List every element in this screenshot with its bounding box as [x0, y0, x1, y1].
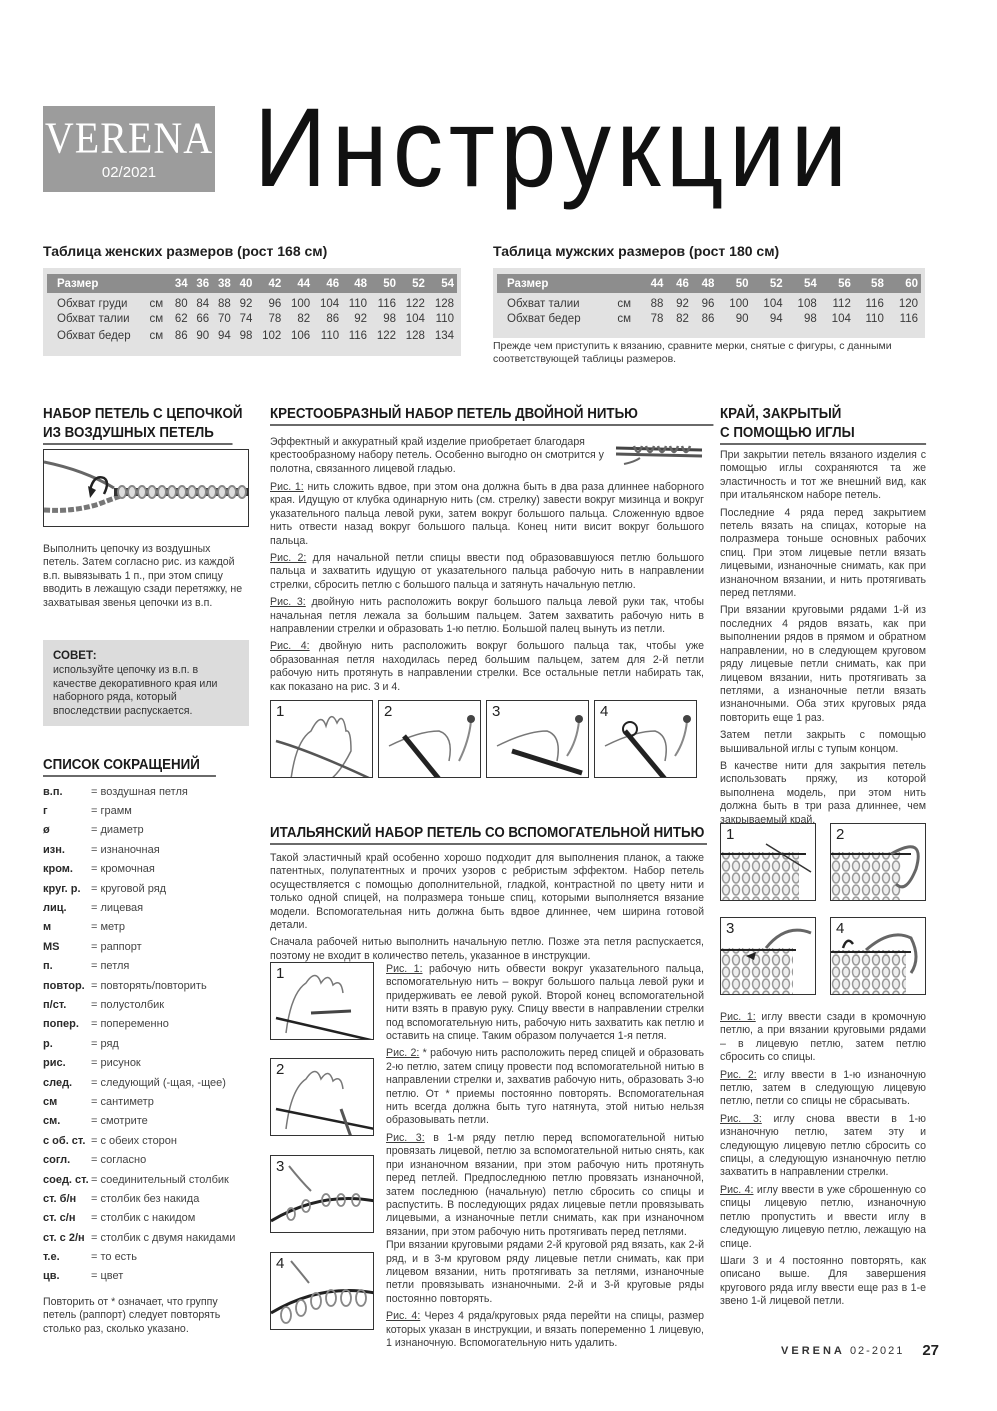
table-row: Обхват бедер см 86 90 94 98 102 106 110 … — [47, 327, 457, 344]
abbreviation-meaning: = цвет — [91, 1270, 123, 1282]
figure-number: 3 — [726, 920, 734, 937]
bind-off-figure-1: 1 — [720, 823, 816, 901]
needle-with-loops-icon — [271, 1156, 374, 1233]
header-label: Размер — [47, 274, 169, 293]
table-header-row: Размер 34 36 38 40 42 44 46 48 50 52 54 — [47, 274, 457, 293]
abbreviation-key: т.е. — [43, 1251, 91, 1263]
step-paragraph: При вязании круговыми рядами 2-й кругово… — [386, 1239, 704, 1306]
logo-issue: 02/2021 — [43, 164, 215, 181]
abbreviation-key: см — [43, 1096, 91, 1108]
size-cell: 46 — [313, 274, 342, 293]
abbreviation-key: п. — [43, 960, 91, 972]
abbreviation-key: цв. — [43, 1270, 91, 1282]
value-cell: 110 — [342, 293, 370, 310]
value-cell: 98 — [234, 327, 256, 344]
value-cell: 116 — [854, 293, 887, 310]
figure-number: 1 — [726, 826, 734, 843]
figure-ref: Рис. 4: — [386, 1310, 420, 1322]
footer-publication: VERENA 02-2021 — [781, 1345, 904, 1357]
abbreviation-row: р.= ряд — [43, 1034, 258, 1053]
abbreviation-row: ст. с/н= столбик с накидом — [43, 1209, 258, 1228]
chain-stitch-icon — [44, 450, 249, 527]
paragraph: При вязании круговыми рядами 1-й из посл… — [720, 604, 926, 725]
abbreviation-row: т.е.= то есть — [43, 1247, 258, 1266]
cross-figure-3: 3 — [486, 700, 589, 778]
abbreviation-meaning: = повторять/повторить — [91, 980, 207, 992]
abbreviation-key: ст. с 2/н — [43, 1232, 91, 1244]
value-cell: 98 — [786, 310, 820, 327]
page-number: 27 — [922, 1342, 939, 1359]
value-cell: 110 — [428, 310, 457, 327]
abbreviation-meaning: = грамм — [91, 805, 132, 817]
bind-off-figure-2: 2 — [830, 823, 926, 901]
bind-off-steps: Рис. 1: иглу ввести сзади в кромочную пе… — [720, 1011, 926, 1313]
size-cell: 56 — [820, 274, 854, 293]
italian-figure-2: 2 — [270, 1058, 374, 1136]
abbreviation-row: рис.= рисунок — [43, 1053, 258, 1072]
value-cell: 94 — [212, 327, 234, 344]
figure-ref: Рис. 2: — [270, 552, 306, 564]
value-cell: 122 — [399, 293, 428, 310]
figure-ref: Рис. 3: — [270, 596, 306, 608]
chain-illustration — [43, 449, 249, 527]
step-text: рабочую нить обвести вокруг указательног… — [386, 963, 704, 1042]
row-label: Обхват талии — [497, 293, 614, 310]
abbreviation-meaning: = попеременно — [91, 1018, 169, 1030]
step-paragraph: Рис. 1: нить сложить вдвое, при этом она… — [270, 481, 704, 548]
abbreviation-key: MS — [43, 941, 91, 953]
value-cell: 92 — [342, 310, 370, 327]
table-row: Обхват талии см 62 66 70 74 78 82 86 92 … — [47, 310, 457, 327]
abbreviation-meaning: = столбик без накида — [91, 1193, 199, 1205]
abbreviation-row: г= грамм — [43, 801, 258, 820]
section-heading: С ПОМОЩЬЮ ИГЛЫ — [720, 424, 926, 445]
women-size-table: Размер 34 36 38 40 42 44 46 48 50 52 54 … — [43, 268, 461, 356]
value-cell: 128 — [428, 293, 457, 310]
abbreviation-key: повтор. — [43, 980, 91, 992]
step-text: Шаги 3 и 4 постоянно повторять, как опис… — [720, 1255, 926, 1307]
paragraph: Последние 4 ряда перед закрытием петель … — [720, 507, 926, 601]
step-text: * рабочую нить расположить перед спицей … — [386, 1047, 704, 1126]
abbreviation-row: соед. ст.= соединительный столбик — [43, 1170, 258, 1189]
abbreviation-meaning: = изнаночная — [91, 844, 160, 856]
step-text: При вязании круговыми рядами 2-й кругово… — [386, 1239, 704, 1305]
abbreviation-meaning: = круговой ряд — [91, 883, 166, 895]
abbreviation-key: соед. ст. — [43, 1174, 91, 1186]
row-unit: см — [146, 327, 169, 344]
value-cell: 66 — [191, 310, 213, 327]
size-cell: 36 — [191, 274, 213, 293]
cross-figure-4: 4 — [594, 700, 697, 778]
cross-cast-on-section: КРЕСТООБРАЗНЫЙ НАБОР ПЕТЕЛЬ ДВОЙНОЙ НИТЬ… — [270, 405, 704, 426]
section-heading: КРЕСТООБРАЗНЫЙ НАБОР ПЕТЕЛЬ ДВОЙНОЙ НИТЬ… — [270, 405, 713, 426]
abbreviation-key: след. — [43, 1077, 91, 1089]
intro-paragraph: Такой эластичный край особенно хорошо по… — [270, 852, 704, 932]
value-cell: 84 — [191, 293, 213, 310]
step-paragraph: Рис. 2: * рабочую нить расположить перед… — [386, 1047, 704, 1127]
value-cell: 86 — [169, 327, 191, 344]
row-unit: см — [614, 310, 641, 327]
value-cell: 90 — [191, 327, 213, 344]
women-table-title: Таблица женских размеров (рост 168 см) — [43, 243, 327, 259]
figure-number: 3 — [492, 703, 500, 720]
value-cell: 116 — [370, 293, 399, 310]
hand-with-needle-icon — [595, 701, 697, 778]
abbreviation-meaning: = полустолбик — [91, 999, 164, 1011]
value-cell: 82 — [284, 310, 313, 327]
figure-number: 2 — [384, 703, 392, 720]
paragraph: Затем петли закрыть с помощью вышивально… — [720, 729, 926, 756]
step-paragraph: Рис. 1: иглу ввести сзади в кромочную пе… — [720, 1011, 926, 1065]
abbreviation-row: цв.= цвет — [43, 1267, 258, 1286]
abbreviation-row: п.= петля — [43, 957, 258, 976]
abbreviation-row: ст. б/н= столбик без накида — [43, 1189, 258, 1208]
figure-ref: Рис. 4: — [720, 1184, 754, 1196]
italian-figure-4: 4 — [270, 1252, 374, 1330]
value-cell: 88 — [212, 293, 234, 310]
abbreviation-row: MS= раппорт — [43, 937, 258, 956]
abbreviation-meaning: = согласно — [91, 1154, 146, 1166]
value-cell: 90 — [717, 310, 751, 327]
abbreviation-row: круг. р.= круговой ряд — [43, 879, 258, 898]
figure-ref: Рис. 3: — [720, 1113, 762, 1125]
figure-number: 1 — [276, 965, 284, 982]
size-cell: 52 — [399, 274, 428, 293]
figure-number: 2 — [276, 1061, 284, 1078]
abbreviation-meaning: = рисунок — [91, 1057, 141, 1069]
abbreviation-key: г — [43, 805, 91, 817]
abbreviation-key: попер. — [43, 1018, 91, 1030]
abbreviation-meaning: = метр — [91, 921, 125, 933]
step-text: нить сложить вдвое, при этом она должна … — [270, 481, 704, 547]
value-cell: 102 — [255, 327, 284, 344]
size-cell: 54 — [428, 274, 457, 293]
step-paragraph: Рис. 2: иглу ввести в 1-ю изнаночную пет… — [720, 1069, 926, 1109]
figure-ref: Рис. 1: — [270, 481, 304, 493]
value-cell: 94 — [751, 310, 785, 327]
tip-heading: СОВЕТ: — [53, 650, 239, 662]
value-cell: 134 — [428, 327, 457, 344]
chain-cast-on-text: Выполнить цепочку из воздушных петель. З… — [43, 543, 249, 610]
cross-cast-on-steps: Рис. 1: нить сложить вдвое, при этом она… — [270, 481, 704, 698]
italian-figure-3: 3 — [270, 1155, 374, 1233]
table-header-row: Размер 44 46 48 50 52 54 56 58 60 — [497, 274, 921, 293]
value-cell: 74 — [234, 310, 256, 327]
men-size-table: Размер 44 46 48 50 52 54 56 58 60 Обхват… — [493, 268, 925, 338]
value-cell: 122 — [370, 327, 399, 344]
abbreviation-meaning: = смотрите — [91, 1115, 148, 1127]
step-paragraph: Рис. 3: в 1-м ряду петлю перед вспомогат… — [386, 1132, 704, 1239]
figure-number: 2 — [836, 826, 844, 843]
value-cell: 112 — [820, 293, 854, 310]
size-cell: 52 — [751, 274, 785, 293]
abbreviation-meaning: = то есть — [91, 1251, 137, 1263]
abbreviation-meaning: = кромочная — [91, 863, 155, 875]
italian-figure-1: 1 — [270, 962, 374, 1040]
figure-ref: Рис. 1: — [720, 1011, 756, 1023]
abbreviation-meaning: = ряд — [91, 1038, 119, 1050]
abbreviation-row: п/ст.= полустолбик — [43, 995, 258, 1014]
figure-number: 3 — [276, 1158, 284, 1175]
cross-cast-on-edge-icon — [614, 436, 704, 470]
abbreviation-meaning: = следующий (-щая, -щее) — [91, 1077, 226, 1089]
abbreviations-section: СПИСОК СОКРАЩЕНИЙ — [43, 756, 231, 777]
size-cell: 44 — [641, 274, 666, 293]
figure-ref: Рис. 2: — [720, 1069, 757, 1081]
figure-number: 1 — [276, 703, 284, 720]
abbreviation-row: см= сантиметр — [43, 1092, 258, 1111]
abbreviation-row: лиц.= лицевая — [43, 898, 258, 917]
value-cell: 104 — [313, 293, 342, 310]
footer-issue: 02-2021 — [850, 1345, 904, 1357]
section-heading: СПИСОК СОКРАЩЕНИЙ — [43, 756, 216, 777]
abbreviation-key: в.п. — [43, 786, 91, 798]
abbreviation-row: попер.= попеременно — [43, 1015, 258, 1034]
italian-cast-on-steps: Рис. 1: рабочую нить обвести вокруг указ… — [386, 963, 704, 1354]
section-heading: КРАЙ, ЗАКРЫТЫЙ — [720, 405, 910, 424]
step-text: в 1-м ряду петлю перед вспомогательной н… — [386, 1132, 704, 1238]
section-heading: ИТАЛЬЯНСКИЙ НАБОР ПЕТЕЛЬ СО ВСПОМОГАТЕЛЬ… — [270, 824, 707, 845]
size-cell: 38 — [212, 274, 234, 293]
value-cell: 88 — [641, 293, 666, 310]
size-cell: 46 — [666, 274, 691, 293]
size-cell: 58 — [854, 274, 887, 293]
chain-cast-on-section: НАБОР ПЕТЕЛЬ С ЦЕПОЧКОЙ ИЗ ВОЗДУШНЫХ ПЕТ… — [43, 405, 249, 445]
abbreviation-row: ст. с 2/н= столбик с двумя накидами — [43, 1228, 258, 1247]
abbreviation-meaning: = столбик с двумя накидами — [91, 1232, 235, 1244]
bind-off-figure-3: 3 — [720, 917, 816, 995]
logo-brand: VERENA — [43, 116, 215, 160]
value-cell: 96 — [692, 293, 717, 310]
abbreviation-key: круг. р. — [43, 883, 91, 895]
size-cell: 40 — [234, 274, 256, 293]
abbreviations-footnote: Повторить от * означает, что группу пете… — [43, 1296, 249, 1336]
section-heading: ИЗ ВОЗДУШНЫХ ПЕТЕЛЬ — [43, 424, 233, 445]
step-text: двойную нить расположить вокруг большого… — [270, 640, 704, 692]
step-paragraph: Рис. 2: для начальной петли спицы ввести… — [270, 552, 704, 592]
value-cell: 104 — [751, 293, 785, 310]
abbreviation-meaning: = воздушная петля — [91, 786, 188, 798]
magazine-logo: VERENA 02/2021 — [43, 106, 215, 192]
abbreviation-row: с об. ст.= с обеих сторон — [43, 1131, 258, 1150]
italian-cast-on-section: ИТАЛЬЯНСКИЙ НАБОР ПЕТЕЛЬ СО ВСПОМОГАТЕЛЬ… — [270, 824, 704, 845]
knitted-rows-icon — [271, 1253, 374, 1330]
abbreviation-meaning: = лицевая — [91, 902, 143, 914]
figure-ref: Рис. 1: — [386, 963, 423, 975]
row-label: Обхват бедер — [47, 327, 146, 344]
figure-number: 4 — [600, 703, 608, 720]
knitted-fabric-icon — [721, 824, 816, 901]
row-label: Обхват груди — [47, 293, 146, 310]
abbreviation-meaning: = петля — [91, 960, 129, 972]
abbreviation-meaning: = раппорт — [91, 941, 142, 953]
value-cell: 110 — [313, 327, 342, 344]
value-cell: 86 — [692, 310, 717, 327]
row-unit: см — [146, 310, 169, 327]
abbreviation-row: изн.= изнаночная — [43, 840, 258, 859]
size-cell: 54 — [786, 274, 820, 293]
italian-cast-on-intro: Такой эластичный край особенно хорошо по… — [270, 852, 704, 967]
table-row: Обхват талии см 88 92 96 100 104 108 112… — [497, 293, 921, 310]
value-cell: 128 — [399, 327, 428, 344]
value-cell: 98 — [370, 310, 399, 327]
step-paragraph: Рис. 4: Через 4 ряда/круговых ряда перей… — [386, 1310, 704, 1350]
cross-cast-on-intro: Эффектный и аккуратный край изделие прио… — [270, 436, 616, 476]
hand-with-needle-icon — [379, 701, 481, 778]
hand-with-needle-icon — [487, 701, 589, 778]
intro-paragraph: Сначала рабочей нитью выполнить начальну… — [270, 936, 704, 963]
value-cell: 96 — [255, 293, 284, 310]
cross-figure-2: 2 — [378, 700, 481, 778]
paragraph: При закрытии петель вязаного изделия с п… — [720, 449, 926, 503]
abbreviation-key: рис. — [43, 1057, 91, 1069]
row-unit: см — [614, 293, 641, 310]
abbreviation-key: ø — [43, 824, 91, 836]
paragraph: В качестве нити для закрытия петель испо… — [720, 760, 926, 827]
value-cell: 104 — [820, 310, 854, 327]
abbreviation-row: м= метр — [43, 918, 258, 937]
value-cell: 62 — [169, 310, 191, 327]
step-text: Через 4 ряда/круговых ряда перейти на сп… — [386, 1310, 704, 1349]
knitted-fabric-icon — [721, 918, 816, 995]
section-heading: НАБОР ПЕТЕЛЬ С ЦЕПОЧКОЙ — [43, 405, 233, 424]
abbreviation-key: ст. с/н — [43, 1212, 91, 1224]
abbreviation-key: кром. — [43, 863, 91, 875]
value-cell: 78 — [641, 310, 666, 327]
value-cell: 100 — [284, 293, 313, 310]
abbreviation-key: ст. б/н — [43, 1193, 91, 1205]
row-label: Обхват бедер — [497, 310, 614, 327]
abbreviation-meaning: = диаметр — [91, 824, 144, 836]
value-cell: 120 — [887, 293, 921, 310]
tip-text: используйте цепочку из в.п. в качестве д… — [53, 664, 239, 718]
row-label: Обхват талии — [47, 310, 146, 327]
value-cell: 116 — [342, 327, 370, 344]
abbreviation-row: след.= следующий (-щая, -щее) — [43, 1073, 258, 1092]
knitted-fabric-icon — [831, 824, 926, 901]
step-paragraph: Рис. 4: двойную нить расположить вокруг … — [270, 640, 704, 694]
abbreviation-key: м — [43, 921, 91, 933]
footer-brand: VERENA — [781, 1345, 845, 1357]
figure-ref: Рис. 2: — [386, 1047, 419, 1059]
page-title: Инструкции — [254, 88, 852, 208]
size-cell: 60 — [887, 274, 921, 293]
abbreviation-row: повтор.= повторять/повторить — [43, 976, 258, 995]
abbreviation-key: п/ст. — [43, 999, 91, 1011]
abbreviation-row: в.п.= воздушная петля — [43, 782, 258, 801]
step-paragraph: Рис. 3: иглу снова ввести в 1-ю изнаночн… — [720, 1113, 926, 1180]
bind-off-figure-4: 4 — [830, 917, 926, 995]
size-cell: 48 — [342, 274, 370, 293]
size-cell: 44 — [284, 274, 313, 293]
value-cell: 80 — [169, 293, 191, 310]
needle-bind-off-section: КРАЙ, ЗАКРЫТЫЙ С ПОМОЩЬЮ ИГЛЫ — [720, 405, 926, 445]
abbreviation-row: согл.= согласно — [43, 1150, 258, 1169]
needle-bind-off-text: При закрытии петель вязаного изделия с п… — [720, 449, 926, 831]
abbreviation-key: р. — [43, 1038, 91, 1050]
value-cell: 92 — [234, 293, 256, 310]
value-cell: 100 — [717, 293, 751, 310]
hand-with-yarn-icon — [271, 701, 373, 778]
value-cell: 108 — [786, 293, 820, 310]
abbreviation-meaning: = соединительный столбик — [91, 1174, 229, 1186]
figure-ref: Рис. 3: — [386, 1132, 425, 1144]
abbreviation-key: с об. ст. — [43, 1135, 91, 1147]
abbreviation-key: лиц. — [43, 902, 91, 914]
abbreviation-row: ø= диаметр — [43, 821, 258, 840]
abbreviation-key: согл. — [43, 1154, 91, 1166]
cross-cast-on-thumbnail — [614, 436, 704, 470]
abbreviation-row: кром.= кромочная — [43, 860, 258, 879]
step-paragraph: Шаги 3 и 4 постоянно повторять, как опис… — [720, 1255, 926, 1309]
size-cell: 48 — [692, 274, 717, 293]
value-cell: 86 — [313, 310, 342, 327]
size-cell: 34 — [169, 274, 191, 293]
abbreviation-key: см. — [43, 1115, 91, 1127]
abbreviation-key: изн. — [43, 844, 91, 856]
table-row: Обхват бедер см 78 82 86 90 94 98 104 11… — [497, 310, 921, 327]
figure-number: 4 — [276, 1255, 284, 1272]
value-cell: 110 — [854, 310, 887, 327]
header-label: Размер — [497, 274, 641, 293]
abbreviation-row: см.= смотрите — [43, 1112, 258, 1131]
men-table-title: Таблица мужских размеров (рост 180 см) — [493, 243, 779, 259]
row-unit: см — [146, 293, 169, 310]
size-cell: 42 — [255, 274, 284, 293]
figure-ref: Рис. 4: — [270, 640, 310, 652]
value-cell: 78 — [255, 310, 284, 327]
cross-figure-1: 1 — [270, 700, 373, 778]
step-paragraph: Рис. 4: иглу ввести в уже сброшенную со … — [720, 1184, 926, 1251]
value-cell: 104 — [399, 310, 428, 327]
value-cell: 116 — [887, 310, 921, 327]
step-text: для начальной петли спицы ввести под обр… — [270, 552, 704, 591]
step-paragraph: Рис. 3: двойную нить расположить вокруг … — [270, 596, 704, 636]
abbreviation-meaning: = сантиметр — [91, 1096, 154, 1108]
table-row: Обхват груди см 80 84 88 92 96 100 104 1… — [47, 293, 457, 310]
size-note: Прежде чем приступить к вязанию, сравнит… — [493, 340, 925, 366]
size-cell: 50 — [717, 274, 751, 293]
step-text: двойную нить расположить вокруг большого… — [270, 596, 704, 635]
step-paragraph: Рис. 1: рабочую нить обвести вокруг указ… — [386, 963, 704, 1043]
hand-with-yarn-icon — [271, 963, 374, 1040]
knitted-fabric-icon — [831, 918, 926, 995]
abbreviation-meaning: = с обеих сторон — [91, 1135, 177, 1147]
abbreviations-list: в.п.= воздушная петляг= граммø= диаметри… — [43, 782, 258, 1286]
value-cell: 106 — [284, 327, 313, 344]
page-footer: VERENA 02-2021 27 — [781, 1342, 939, 1359]
size-cell: 50 — [370, 274, 399, 293]
figure-number: 4 — [836, 920, 844, 937]
tip-box: СОВЕТ: используйте цепочку из в.п. в кач… — [43, 640, 249, 726]
value-cell: 92 — [666, 293, 691, 310]
abbreviation-meaning: = столбик с накидом — [91, 1212, 195, 1224]
value-cell: 82 — [666, 310, 691, 327]
value-cell: 70 — [212, 310, 234, 327]
hand-with-yarn-icon — [271, 1059, 374, 1136]
